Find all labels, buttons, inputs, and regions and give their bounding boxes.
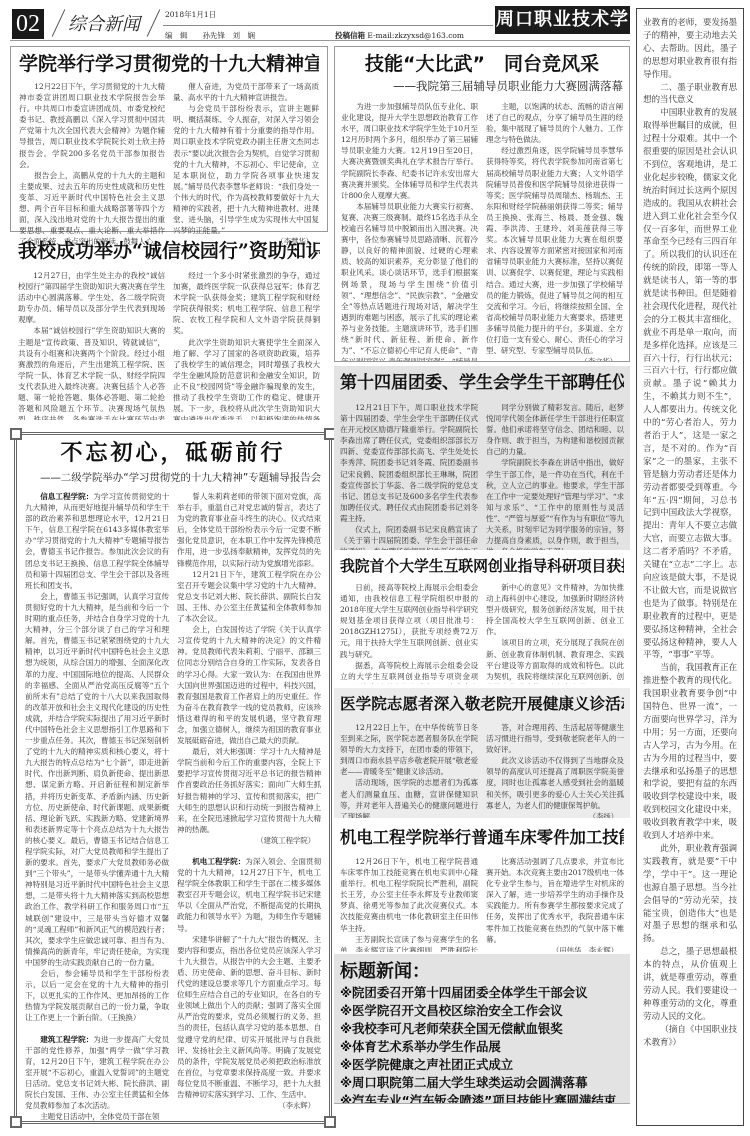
- article-title: 不忘初心，砥砺前行: [25, 439, 321, 469]
- article-lecture: 学院举行学习贯彻党的十九大精神宣讲活动 12月22日下午，学习贯彻党的十九大精神…: [10, 46, 328, 232]
- paragraph: 12月26日下午，机电工程学院普通车床零件加工技能竞赛在机电实训中心隆重举行。机…: [340, 856, 478, 934]
- paragraph: 会上，曹德玉书记强调，认真学习宣传贯彻好党的十九大精神，是当前和今后一个时期的重…: [25, 591, 169, 968]
- paragraph: 仪式上，院团委副书记宋良鹤宣读了《关于第十四届院团委、学生会干部任命的通知》，参…: [340, 524, 478, 550]
- paragraph: 会上，白发国传达了学院《关于认真学习宣传党的十九大精神的决定》的文件精神。党员教…: [177, 624, 321, 746]
- sidebar-continued-article: 业教育的老师，要发扬墨子的精神，要主动地去关心、去帮助。因此，墨子的思想对职业教…: [636, 8, 744, 1126]
- divider: [52, 9, 66, 37]
- college-label: 机电工程学院：: [192, 857, 245, 866]
- paragraph-text: 主题党日活动中，全体党员干部在领: [40, 1112, 159, 1121]
- paragraph: 同学分别做了精彩发言。随后，赵梦悦同学代领全体新任学生干部进行任职宣誓。他们承诺…: [486, 402, 624, 457]
- article-source: （李扬）: [486, 811, 624, 818]
- article-subtitle: ——二级学院举办“学习贯彻党的十九大精神”专题辅导报告会: [25, 469, 321, 487]
- article-subtitle: ——我院第三届辅导员职业能力大赛圆满落幕: [341, 77, 623, 95]
- headline-news-title: 标题新闻：: [340, 960, 624, 984]
- paragraph-text: 为进一步提高广大党员干部的党性修养，加强“两学一做”学习教育，12月20日下午，…: [25, 1035, 169, 1111]
- article-column: 信息工程学院：为学习宣传贯彻党的十九大精神，从而更好地提升辅导员和学生干部的政治…: [25, 491, 169, 1122]
- article-column: 答，对合理用药、生活起居等健康生活习惯进行指导，受到敬老院老年人的一致好评。 此…: [486, 722, 624, 818]
- article-column: 12月22日下午，学习贯彻党的十九大精神市委宣讲团周口职业技术学院报告会举行。中…: [19, 81, 165, 247]
- headline-news-box: 标题新闻： ※院团委召开第十四届团委全体学生干部会议 ※医学院召开文昌校区综治安…: [334, 954, 630, 1104]
- headline-item[interactable]: ※周口职院第二届大学生球类运动会圆满落幕: [340, 1074, 624, 1092]
- article-feature: 不忘初心，砥砺前行 ——二级学院举办“学习贯彻党的十九大精神”专题辅导报告会 信…: [14, 432, 332, 1124]
- article-column: 12月26日下午，机电工程学院普通车床零件加工技能竞赛在机电实训中心隆重举行。机…: [340, 856, 478, 952]
- article-cadres: 第十四届团委、学生会学生干部聘任仪式举行 12月21日下午，周口职业技术学院第十…: [334, 366, 630, 550]
- article-column: 比赛活动强调了几点要求，并宣布比赛开始。本次竞赛主要由2017级机电一体化专业学…: [486, 856, 624, 952]
- article-title: 学院举行学习贯彻党的十九大精神宣讲活动: [19, 51, 319, 77]
- headline-news-list: ※院团委召开第十四届团委全体学生干部会议 ※医学院召开文昌校区综治安全工作会议 …: [340, 984, 624, 1104]
- paragraph: 与会党员干部纷纷表示，宣讲主题鲜明、概括凝练、令人振奋，对深入学习领会党的十九大…: [173, 103, 319, 236]
- article-column: 新中心的意见》文件精神，为加快推动上海科创中心建设，加强新时期经济转型升级研究，…: [486, 582, 624, 684]
- paragraph: 日前，接高等院校上海展示会组委会通知，由我校信息工程学院组织申报的2018年度大…: [340, 582, 478, 660]
- article-lathe: 机电工程学院举行普通车床零件加工技能竞赛 12月26日下午，机电工程学院普通车床…: [334, 822, 630, 952]
- paragraph: 此外，职业教育强调实践教育，就是要“干中学，学中干”。这一理论也源自墨子思想。当…: [643, 843, 737, 946]
- paragraph: 主题党日活动中，全体党员干部在领: [25, 1111, 169, 1122]
- issue-date: 2018年1月1日: [165, 9, 216, 20]
- paragraph-text: 会上，白发国传达了学院《关于认真学习宣传党的十九大精神的决定》的文件精神。党员教…: [177, 625, 321, 745]
- article-internet: 我院首个大学生互联网创业指导科研项目获批 日前，接高等院校上海展示会组委会通知，…: [334, 554, 630, 684]
- frame-corner: [10, 428, 22, 440]
- article-source: （摘自《中国职业技术教育》）: [643, 1024, 737, 1050]
- paragraph: 催人奋进，为党员干部带来了一场高质量、高水平的十九大精神宣讲报告。: [173, 81, 319, 103]
- paragraph: 王芳副院长宣读了参与竞赛学生的名单，李永辉宣读了比赛细则，严胜利院长就: [340, 934, 478, 952]
- divider: [147, 9, 161, 37]
- paragraph: 中国职业教育的发展取得举世瞩目的成就，但过程十分艰难。其中一个很重要的原因是社会…: [643, 107, 737, 662]
- email-address[interactable]: E-mail:zkzyxsd@163.com: [367, 31, 464, 40]
- article-competition: 技能“大比武” 同台竞风采 ——我院第三届辅导员职业能力大赛圆满落幕 为进一步加…: [334, 46, 630, 362]
- paragraph: 据悉，高等院校上海展示会组委会设立的大学生互联网创业指导专项资金项目，是根据中共…: [340, 660, 478, 684]
- article-source: （建筑工程学院）: [177, 835, 321, 846]
- paragraph: 最后，刘大彬强调：学习十九大精神是学院当前和今后工作的重要内容，全院上下要把学习…: [177, 746, 321, 835]
- article-column: 12月22日上午，在中华传统节日冬至到来之际，医学院志愿者服务队在学院领导的大力…: [340, 722, 478, 818]
- paragraph: 答，对合理用药、生活起居等健康生活习惯进行指导，受到敬老院老年人的一致好评。: [486, 722, 624, 755]
- paragraph: 宋建华讲解了“十九大”报告的概况、主要内容和要点，指出各位党员应该深入学习十九大…: [177, 934, 321, 1100]
- paragraph: 誓人朱莉莉老师的带领下面对党旗，高举右手，重温自己对党忠诚的誓言，表达了为党的教…: [177, 491, 321, 569]
- paragraph: 比赛活动强调了几点要求，并宣布比赛开始。本次竞赛主要由2017级机电一体化专业学…: [486, 856, 624, 945]
- section-heading: 二、墨子职业教育思想的当代意义: [643, 82, 737, 108]
- article-column: 主题，以饱满的状态、流畅的语言阐述了自己的观点，分享了辅导员生涯的经验，集中展现…: [486, 101, 623, 362]
- article-column: 催人奋进，为党员干部带来了一场高质量、高水平的十九大精神宣讲报告。 与会党员干部…: [173, 81, 319, 247]
- paragraph: 该项目的立项，充分展现了我院在创新、创业教育体制机制、教育理念、实践平台建设等方…: [486, 637, 624, 684]
- college-label: 建筑工程学院：: [40, 1035, 93, 1044]
- frame-corner: [324, 1116, 336, 1128]
- paragraph: 本届辅导员职业能力大赛实行初赛、复赛、决赛三级赛制。最终15名选手从全校逾百名辅…: [341, 201, 478, 362]
- paragraph-text: 宋建华讲解了“十九大”报告的概况、主要内容和要点，指出各位党员应该深入学习十九大…: [177, 935, 321, 1099]
- article-source: （李文华）: [486, 356, 623, 362]
- paragraph: 经过激烈角逐，医学院辅导员李慧华获得特等奖，将代表学院参加河南省第七届高校辅导员…: [486, 145, 623, 356]
- paragraph: 信息工程学院：为学习宣传贯彻党的十九大精神，从而更好地提升辅导员和学生干部的政治…: [25, 491, 169, 591]
- paragraph: 12月21日下午，建筑工程学院在办公室召开专题会议集中学习党的十九大精神。党总支…: [177, 569, 321, 624]
- article-source: （李永辉）: [177, 1100, 321, 1111]
- article-column: 日前，接高等院校上海展示会组委会通知，由我校信息工程学院组织申报的2018年度大…: [340, 582, 478, 684]
- article-title: 我院首个大学生互联网创业指导科研项目获批: [340, 556, 624, 578]
- article-column: 12月27日，由学生处主办的我校“诚信校园行”第四届学生资助知识大赛决赛在学生活…: [18, 270, 165, 420]
- paragraph-text: 12月21日下午，建筑工程学院在办公室召开专题会议集中学习党的十九大精神。党总支…: [177, 570, 321, 623]
- headline-item[interactable]: ※体育艺术系举办学生作品展: [340, 1038, 624, 1056]
- article-column: 经过一个多小时紧张激烈的争夺，通过加赛，最终医学院一队获得总冠军；体育艺术学院一…: [173, 270, 320, 420]
- paragraph: 机电工程学院：为深入领会、全面贯彻党的十九大精神，12月27日下午，机电工程学院…: [177, 856, 321, 934]
- headline-item[interactable]: ※医学院召开文昌校区综治安全工作会议: [340, 1002, 624, 1020]
- article-source: （田伟华 李永辉）: [486, 945, 624, 952]
- paragraph: 建筑工程学院：为进一步提高广大党员干部的党性修养，加强“两学一做”学习教育，12…: [25, 1034, 169, 1112]
- paragraph: 此次学生资助知识大赛使学生全面深入地了解、学习了国家的各项资助政策，培养了我校学…: [173, 337, 320, 420]
- paragraph: 12月21日下午，周口职业技术学院第十四届团委、学生会学生干部聘任仪式在开元校区…: [340, 402, 478, 524]
- paragraph: 12月27日，由学生处主办的我校“诚信校园行”第四届学生资助知识大赛决赛在学生活…: [18, 270, 165, 325]
- sidebar-text: 业教育的老师，要发扬墨子的精神，要主动地去关心、去帮助。因此，墨子的思想对职业教…: [643, 17, 737, 1117]
- divider: [10, 40, 630, 41]
- paragraph: 经过一个多小时紧张激烈的争夺，通过加赛，最终医学院一队获得总冠军；体育艺术学院一…: [173, 270, 320, 337]
- paragraph-text: 会上，曹德玉书记强调，认真学习宣传贯彻好党的十九大精神，是当前和今后一个时期的重…: [25, 592, 169, 967]
- page-number: 02: [12, 9, 44, 39]
- headline-item[interactable]: ※汽车专业“汽车钣金喷漆”项目技能比赛圆满结束: [340, 1092, 624, 1104]
- section-title: 综合新闻: [68, 10, 140, 36]
- editors-label: 编 辑: [165, 31, 188, 40]
- headline-item[interactable]: ※院团委召开第十四届团委全体学生干部会议: [340, 984, 624, 1002]
- masthead: 周口职业技术学院: [495, 6, 630, 34]
- college-label: 信息工程学院：: [40, 492, 93, 501]
- paragraph-text: 誓人朱莉莉老师的带领下面对党旗，高举右手，重温自己对党忠诚的誓言，表达了为党的教…: [177, 492, 321, 568]
- paragraph: 12月22日上午，在中华传统节日冬至到来之际，医学院志愿者服务队在学院领导的大力…: [340, 722, 478, 777]
- editors-names: 孙先锋 刘 娴: [203, 31, 256, 40]
- article-title: 技能“大比武” 同台竞风采: [341, 51, 623, 77]
- article-column: 誓人朱莉莉老师的带领下面对党旗，高举右手，重温自己对党忠诚的誓言，表达了为党的教…: [177, 491, 321, 1122]
- paragraph: 活动现场，医学院的志愿者们为孤寡老人们测量血压、血糖，宣讲保健知识等，并对老年人…: [340, 777, 478, 818]
- paragraph: 会后，参会辅导员和学生干部纷纷表示，以后一定会在党的十九大精神的指引下，以更扎实…: [25, 968, 169, 1023]
- article-column: 12月21日下午，周口职业技术学院第十四届团委、学生会学生干部聘任仪式在开元校区…: [340, 402, 478, 550]
- paragraph: 此次义诊活动不仅得到了当地群众及领导的高度认可还提高了周职医学院美誉度，同时也让…: [486, 755, 624, 810]
- paragraph-text: 会后，参会辅导员和学生干部纷纷表示，以后一定会在党的十九大精神的指引下，以更扎实…: [25, 969, 169, 1022]
- paragraph-text: 最后，刘大彬强调：学习十九大精神是学院当前和今后工作的重要内容，全院上下要把学习…: [177, 747, 321, 834]
- paragraph: 本届“诚信校园行”学生资助知识大赛的主题是“宣传政策、普及知识、铸就诚信”，共设…: [18, 325, 165, 420]
- paragraph: 总之，墨子思想最根本的特点，从价值观上讲，就是尊重劳动，尊重劳动人民。我们要建设…: [643, 946, 737, 1023]
- article-title: 我校成功举办“诚信校园行”资助知识大赛: [18, 238, 320, 264]
- paragraph: 学院副院长李森在讲话中指出，做好学生干部工作，是一件功在当代，利在千秋，立人立己…: [486, 457, 624, 550]
- article-title: 机电工程学院举行普通车床零件加工技能竞赛: [340, 826, 624, 850]
- paragraph: 12月22日下午，学习贯彻党的十九大精神市委宣讲团周口职业技术学院报告会举行。中…: [19, 81, 165, 170]
- paragraph: 业教育的老师，要发扬墨子的精神，要主动地去关心、去帮助。因此，墨子的思想对职业教…: [643, 17, 737, 82]
- email-label: 投稿信箱: [335, 31, 365, 40]
- article-volunteer: 医学院志愿者深入敬老院开展健康义诊活动 12月22日上午，在中华传统节日冬至到来…: [334, 688, 630, 818]
- paragraph: 当前，我国教育正在推进整个教育的现代化。我国职业教育要争创“中国特色、世界一流”…: [643, 662, 737, 843]
- paragraph: 新中心的意见》文件精神，为加快推动上海科创中心建设，加强新时期经济转型升级研究，…: [486, 582, 624, 637]
- paragraph-text: 为学习宣传贯彻党的十九大精神，从而更好地提升辅导员和学生干部的政治素养和思想理论…: [25, 492, 169, 590]
- paragraph: 为进一步加强辅导员队伍专业化、职业化建设，提升大学生思想政治教育工作水平，周口职…: [341, 101, 478, 201]
- frame-corner: [10, 1116, 22, 1128]
- paragraph-text: 为深入领会、全面贯彻党的十九大精神，12月27日下午，机电工程学院全体教职工和学…: [177, 857, 321, 933]
- article-column: 为进一步加强辅导员队伍专业化、职业化建设，提升大学生思想政治教育工作水平，周口职…: [341, 101, 478, 362]
- paragraph: 主题，以饱满的状态、流畅的语言阐述了自己的观点，分享了辅导员生涯的经验，集中展现…: [486, 101, 623, 145]
- headline-item[interactable]: ※医学院健康之声社团正式成立: [340, 1056, 624, 1074]
- divider: [163, 25, 493, 26]
- article-column: 同学分别做了精彩发言。随后，赵梦悦同学代领全体新任学生干部进行任职宣誓。他们承诺…: [486, 402, 624, 550]
- headline-item[interactable]: ※我校李可凡老师荣获全国无偿献血银奖: [340, 1020, 624, 1038]
- article-title: 第十四届团委、学生会学生干部聘任仪式举行: [340, 370, 624, 396]
- article-integrity: 我校成功举办“诚信校园行”资助知识大赛 12月27日，由学生处主办的我校“诚信校…: [10, 236, 328, 420]
- article-title: 医学院志愿者深入敬老院开展健康义诊活动: [340, 692, 624, 716]
